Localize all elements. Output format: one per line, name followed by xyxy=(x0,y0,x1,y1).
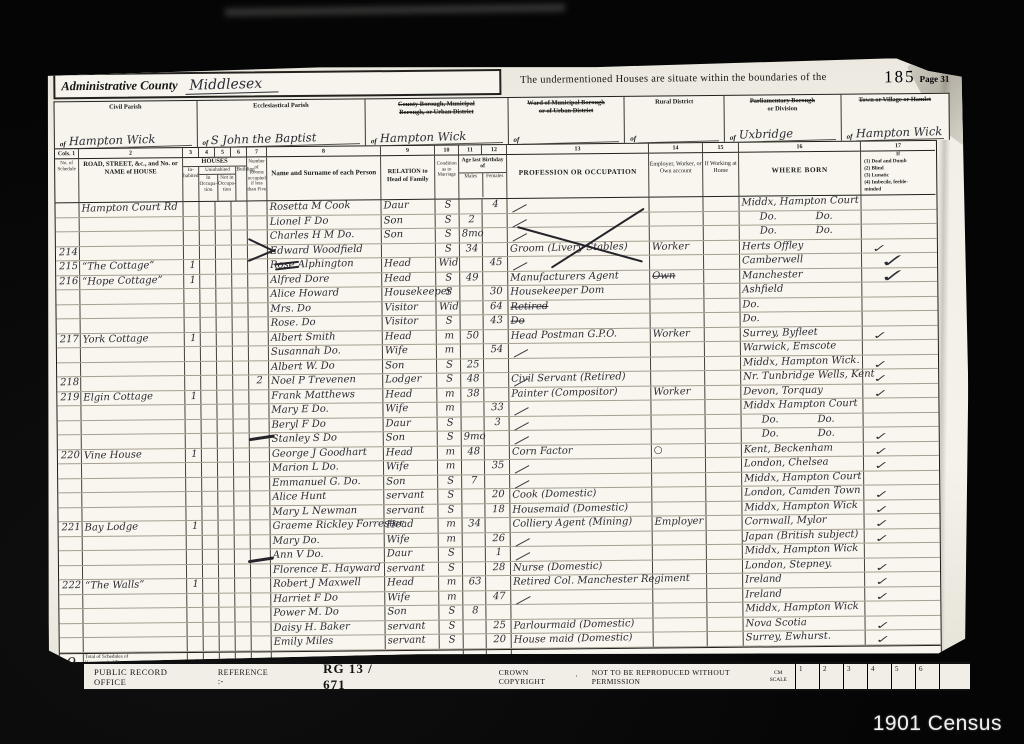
cell-condition: S xyxy=(438,431,462,445)
cell-building xyxy=(232,303,248,317)
scan-light-streak xyxy=(225,4,565,17)
cell-rooms xyxy=(251,593,271,607)
cell-condition: S xyxy=(435,199,459,213)
cell-schedule-text: 221 xyxy=(58,522,81,534)
page-label: Page 31 xyxy=(920,74,950,84)
born-text: Middx, Hampton Wick xyxy=(742,499,863,514)
cell-uninhabited-in-occ xyxy=(201,347,217,361)
cell-building xyxy=(231,201,247,215)
cell-condition: m xyxy=(437,330,461,344)
cell-profession-text: Housekeeper Dom xyxy=(508,284,649,299)
cell-building xyxy=(233,404,249,418)
cell-uninhabited-not-occ xyxy=(217,390,233,404)
cell-working-at-home xyxy=(705,313,741,327)
cell-working-at-home xyxy=(705,385,741,399)
cell-building xyxy=(233,375,249,389)
cell-schedule xyxy=(55,203,79,217)
cell-name-text: Florence E. Hayward xyxy=(271,562,384,576)
cell-building xyxy=(234,506,250,520)
cell-schedule xyxy=(56,218,80,232)
cell-age-male: 48 xyxy=(462,446,485,460)
cell-relation: Head xyxy=(383,330,437,344)
cell-where-born: London, Chelsea xyxy=(742,457,864,472)
cell-employer xyxy=(650,212,704,226)
age-subcols: MalesFemales xyxy=(459,173,506,197)
cell-schedule: 214 xyxy=(56,247,80,261)
separator-dot: · xyxy=(575,672,578,681)
cell-schedule-text: 214 xyxy=(56,246,79,258)
cell-profession xyxy=(510,473,652,488)
cell-name: Rose. Do xyxy=(269,316,383,331)
cell-condition: S xyxy=(437,373,461,387)
cell-name-text: Graeme Rickley Forrester xyxy=(270,519,383,533)
cell-age-male xyxy=(462,417,485,431)
column-number: 12 xyxy=(482,145,507,155)
cell-uninhabited-not-occ xyxy=(215,202,231,216)
cell-age-male-text: 63 xyxy=(463,576,485,588)
cell-schedule xyxy=(58,421,82,435)
cell-inhabited xyxy=(187,535,203,549)
cell-uninhabited-in-occ xyxy=(200,274,216,288)
cell-road xyxy=(82,420,186,434)
cell-relation: Wife xyxy=(384,461,438,475)
cell-inhabited xyxy=(188,622,204,636)
cell-infirmity xyxy=(864,412,938,426)
cell-name: Marion L Do. xyxy=(270,461,384,476)
cell-schedule-text: 218 xyxy=(57,377,80,389)
cell-condition-text: Wid xyxy=(436,301,459,313)
of-prefix: of xyxy=(730,134,736,142)
cell-profession: Nurse (Domestic) xyxy=(511,560,653,575)
cell-name-text: Edward Woodfield xyxy=(268,243,381,257)
cell-road xyxy=(83,594,187,608)
cell-profession xyxy=(507,198,649,213)
cell-working-at-home xyxy=(706,458,742,472)
district-title-line: Civil Parish xyxy=(109,103,142,110)
cell-condition: m xyxy=(438,446,462,460)
cell-age-female xyxy=(483,242,508,256)
cell-inhabited-text: 1 xyxy=(187,579,202,591)
cell-age-male xyxy=(460,257,483,271)
cell-age-male-text: 8mo xyxy=(460,228,482,240)
born-text: London, Camden Town xyxy=(742,485,863,500)
header-uninhabited-group: UninhabitedIn Occupa-tionNot in Occupa-t… xyxy=(199,167,236,201)
born-text: Middx Hampton Court xyxy=(741,398,862,413)
district-value: ofHampton Wick xyxy=(368,128,506,145)
cell-profession xyxy=(509,343,651,358)
pen-slash xyxy=(513,233,528,242)
district-title-line: Rural District xyxy=(655,98,693,105)
born-text: Middx, Hampton Wick xyxy=(743,601,864,616)
cell-building xyxy=(234,477,250,491)
cell-name-text: Frank Matthews xyxy=(269,388,382,402)
cell-employer-text: Worker xyxy=(651,327,704,340)
cell-road xyxy=(80,304,184,318)
of-prefix: of xyxy=(202,139,208,147)
header-profession: PROFESSION OR OCCUPATION xyxy=(507,154,649,199)
cell-name-text: Rose. Do xyxy=(269,316,382,330)
cell-rooms xyxy=(249,317,269,331)
column-number: 3 xyxy=(183,148,199,158)
cell-relation-text: Head xyxy=(382,272,435,285)
cell-condition: S xyxy=(436,228,460,242)
cell-profession xyxy=(511,531,653,546)
cell-relation: Head xyxy=(384,446,438,460)
born-text: Cornwall, Mylor xyxy=(742,514,863,529)
cell-uninhabited-in-occ xyxy=(201,390,217,404)
cell-condition-text: m xyxy=(438,460,461,472)
cell-uninhabited-in-occ xyxy=(201,376,217,390)
header-in-occupation: In Occupa-tion xyxy=(199,175,218,201)
cell-schedule: 222 xyxy=(59,580,83,594)
cell-uninhabited-not-occ xyxy=(219,608,235,622)
cell-profession-text: Retired xyxy=(508,298,649,313)
cell-age-female-text: 45 xyxy=(483,257,507,270)
cell-name-text: Mary E Do. xyxy=(269,403,382,417)
cell-relation-text: Visitor xyxy=(382,301,435,314)
pen-slash xyxy=(513,262,528,271)
cell-profession: House maid (Domestic) xyxy=(512,633,654,648)
cell-inhabited xyxy=(184,245,200,259)
cell-where-born: Middx, Hampton Wick. xyxy=(741,355,863,370)
cell-inhabited xyxy=(187,608,203,622)
cell-inhabited: 1 xyxy=(187,521,203,535)
cell-condition: S xyxy=(436,243,460,257)
cell-uninhabited-not-occ xyxy=(219,550,235,564)
cell-relation: Visitor xyxy=(383,316,437,330)
cell-uninhabited-not-occ xyxy=(217,405,233,419)
cell-condition-text: S xyxy=(436,286,459,298)
cell-age-male-text: 48 xyxy=(462,446,484,458)
cell-profession: Corn Factor xyxy=(510,444,652,459)
cell-uninhabited-not-occ xyxy=(217,376,233,390)
column-number: 6 xyxy=(231,147,247,157)
cell-infirmity xyxy=(864,470,938,484)
cell-uninhabited-not-occ xyxy=(216,303,232,317)
cell-uninhabited-not-occ xyxy=(218,492,234,506)
cell-age-male-text: 2 xyxy=(460,214,482,226)
cell-name-text: Emmanuel G. Do. xyxy=(270,475,383,489)
admin-county-label: Administrative County xyxy=(61,78,177,94)
administrative-county-box: Administrative County Middlesex xyxy=(53,69,501,99)
cell-building xyxy=(236,622,252,636)
scale-box: 6 xyxy=(916,664,940,689)
header-profession-label: PROFESSION OR OCCUPATION xyxy=(507,154,648,178)
header-rooms: Number of Rooms occupied if less than Fi… xyxy=(247,157,267,201)
cell-name: Charles H M Do. xyxy=(268,229,382,244)
cell-age-male-text: 38 xyxy=(461,388,483,400)
cell-age-female-text: 20 xyxy=(485,489,509,502)
cell-where-born: Ashfield xyxy=(740,283,862,298)
cell-age-male-text: 8 xyxy=(463,605,485,617)
cell-uninhabited-in-occ xyxy=(201,405,217,419)
cell-road xyxy=(82,478,186,492)
cell-age-male-text: 25 xyxy=(461,359,483,371)
pen-slash xyxy=(515,538,530,547)
cell-relation: Son xyxy=(384,475,438,489)
cell-rooms xyxy=(250,462,270,476)
cell-where-born: Do.Do. xyxy=(740,210,862,225)
cell-uninhabited-in-occ xyxy=(203,608,219,622)
cell-where-born: Manchester xyxy=(740,268,862,283)
cell-where-born: Nr. Tunbridge Wells, Kent xyxy=(741,370,863,385)
cell-name-text: George J Goodhart xyxy=(270,446,383,460)
cell-inhabited: 1 xyxy=(184,260,200,274)
cell-uninhabited-in-occ xyxy=(202,492,218,506)
cell-employer-text: Worker xyxy=(651,385,704,398)
born-text: Middx, Hampton Wick. xyxy=(741,354,862,369)
header-infirmities: If(1) Deaf and Dumb(2) Blind(3) Lunatic(… xyxy=(861,151,935,196)
cell-rooms xyxy=(248,303,268,317)
cell-relation: servant xyxy=(385,562,439,576)
cell-age-male-text: 34 xyxy=(462,518,484,530)
cell-name: Frank Matthews xyxy=(269,389,383,404)
cell-name: Noel P Trevenen xyxy=(269,374,383,389)
cell-condition: S xyxy=(437,359,461,373)
header-condition-label: Condition as to Marriage xyxy=(435,155,458,178)
cell-condition-text: S xyxy=(436,214,459,226)
cell-age-male xyxy=(461,402,484,416)
cell-schedule xyxy=(58,479,82,493)
cell-uninhabited-in-occ xyxy=(200,231,216,245)
cell-road: Elgin Cottage xyxy=(81,391,185,405)
cell-infirmity: ✓ xyxy=(864,485,938,499)
cell-name-text: Mrs. Do xyxy=(268,301,381,315)
cell-name-text: Alice Hunt xyxy=(270,490,383,504)
cell-condition: Wid xyxy=(436,257,460,271)
cell-relation: servant xyxy=(385,620,439,634)
cell-age-female-text: 54 xyxy=(484,344,508,357)
cell-road xyxy=(81,405,185,419)
cell-name: Rosetta M Cook xyxy=(267,200,381,215)
cell-name: Daisy H. Baker xyxy=(272,621,386,636)
cell-infirmity: ✓ xyxy=(865,586,939,600)
cell-age-male: 8 xyxy=(463,605,486,619)
born-text: Middx, Hampton Court xyxy=(742,470,863,485)
cell-schedule: 216 xyxy=(56,276,80,290)
cell-infirmity xyxy=(862,209,936,223)
cell-inhabited xyxy=(185,318,201,332)
cell-infirmity: ✓ xyxy=(866,630,940,644)
cell-age-male xyxy=(463,547,486,561)
pen-slash xyxy=(516,552,531,561)
cell-condition-text: m xyxy=(438,518,461,530)
cell-age-female: 1 xyxy=(486,547,511,561)
cell-uninhabited-not-occ xyxy=(216,260,232,274)
scale-box: 5 xyxy=(892,664,916,689)
cell-condition-text: m xyxy=(439,533,462,545)
cell-infirmity xyxy=(863,311,937,325)
cell-profession: Housekeeper Dom xyxy=(508,285,650,300)
cell-age-male xyxy=(463,562,486,576)
district-value: of xyxy=(627,126,722,143)
cell-condition-text: S xyxy=(438,504,461,516)
cell-uninhabited-not-occ xyxy=(218,419,234,433)
cell-profession: Cook (Domestic) xyxy=(510,488,652,503)
cell-road xyxy=(81,318,185,332)
cell-relation-text: Head xyxy=(382,257,435,270)
folio-page: 185 Page 31 xyxy=(845,65,949,88)
cell-infirmity: ✓ xyxy=(863,354,937,368)
cell-age-male: 63 xyxy=(463,576,486,590)
cell-name-text: Susannah Do. xyxy=(269,345,382,359)
cell-age-male xyxy=(461,315,484,329)
cell-condition-text: S xyxy=(436,228,459,240)
cell-schedule xyxy=(59,566,83,580)
cell-road xyxy=(83,550,187,564)
district-value: ofHampton Wick xyxy=(844,124,947,141)
cell-name: Susannah Do. xyxy=(269,345,383,360)
cell-age-female-text: 4 xyxy=(482,199,506,212)
cell-name-text: Charles H M Do. xyxy=(268,229,381,243)
cell-relation-text: servant xyxy=(386,634,439,647)
cell-employer xyxy=(652,429,706,443)
cell-rooms xyxy=(248,259,268,273)
cell-schedule xyxy=(58,508,82,522)
cell-condition: S xyxy=(439,562,463,576)
cell-infirmity: ✓ xyxy=(865,615,939,629)
district-title: Parliamentary Boroughor Division xyxy=(726,97,838,114)
cell-condition-text: S xyxy=(437,315,460,327)
header-age-females: Females xyxy=(483,173,506,197)
header-condition: Condition as to Marriage xyxy=(435,155,459,199)
cell-relation-text: Son xyxy=(385,605,438,618)
column-number: 10 xyxy=(435,145,459,155)
cell-age-male-text: 7 xyxy=(462,475,484,487)
cell-road: Hampton Court Rd xyxy=(79,202,183,216)
cell-where-born: Do.Do. xyxy=(740,225,862,240)
cell-profession xyxy=(511,546,653,561)
cell-where-born: Middx, Hampton Court xyxy=(742,471,864,486)
cell-schedule: 220 xyxy=(58,450,82,464)
born-ditto-1: Do. xyxy=(760,414,779,428)
cell-condition: m xyxy=(438,460,462,474)
cell-inhabited xyxy=(186,506,202,520)
cell-age-male xyxy=(463,591,486,605)
cell-age-female-text: 26 xyxy=(486,532,510,545)
cell-name: Graeme Rickley Forrester xyxy=(271,519,385,534)
cell-condition-text: S xyxy=(437,417,460,429)
cell-uninhabited-in-occ xyxy=(201,332,217,346)
cell-uninhabited-not-occ xyxy=(219,535,235,549)
cell-age-female-text: 30 xyxy=(483,286,507,299)
cell-working-at-home xyxy=(707,516,743,530)
age-title: Age last Birthday of xyxy=(459,155,506,173)
cell-relation: servant xyxy=(386,635,440,649)
cell-working-at-home xyxy=(708,632,744,646)
pen-slash xyxy=(516,596,531,605)
cell-where-born: London, Stepney. xyxy=(743,558,865,573)
cell-name-text: Harriet F Do xyxy=(271,591,384,605)
cell-condition-text: m xyxy=(437,330,460,342)
cell-relation-text: Son xyxy=(382,228,435,241)
cell-rooms xyxy=(250,506,270,520)
cell-profession-text: Corn Factor xyxy=(510,443,651,458)
cell-employer xyxy=(652,415,706,429)
cell-schedule: 217 xyxy=(57,334,81,348)
born-text: Do. xyxy=(740,296,861,311)
cell-infirmity: ✓ xyxy=(865,572,939,586)
cell-employer xyxy=(652,458,706,472)
cell-uninhabited-not-occ xyxy=(219,521,235,535)
cell-building xyxy=(233,346,249,360)
cell-name-text: Noel P Trevenen xyxy=(269,374,382,388)
cell-age-male: 49 xyxy=(460,272,483,286)
cell-building xyxy=(235,578,251,592)
cell-relation-text: Visitor xyxy=(383,315,436,328)
cell-age-male xyxy=(459,199,482,213)
cell-relation: Daur xyxy=(384,417,438,431)
cell-where-born: Herts Offley xyxy=(740,239,862,254)
cell-employer: Own xyxy=(650,270,704,284)
cell-employer xyxy=(652,473,706,487)
cell-name: Lionel F Do xyxy=(268,215,382,230)
uninhabited-subcols: In Occupa-tionNot in Occupa-tion xyxy=(199,175,235,201)
cell-working-at-home xyxy=(703,197,739,211)
cell-condition-text: S xyxy=(435,199,458,211)
cell-profession-text: Retired Col. Manchester Regiment xyxy=(511,574,652,589)
cell-inhabited xyxy=(187,593,203,607)
cell-name: Edward Woodfield xyxy=(268,244,382,259)
cell-age-female xyxy=(486,605,511,619)
cell-relation: Visitor xyxy=(382,301,436,315)
cell-age-female-text: 33 xyxy=(484,402,508,415)
cell-schedule xyxy=(59,551,83,565)
cell-uninhabited-in-occ xyxy=(202,434,218,448)
cell-age-female: 28 xyxy=(486,561,511,575)
cell-age-female xyxy=(484,358,509,372)
cell-relation-text: Wife xyxy=(383,344,436,357)
cell-profession-text: Civil Servant (Retired) xyxy=(509,371,650,386)
cell-age-male-text: 50 xyxy=(461,330,483,342)
cell-where-born: Surrey, Ewhurst. xyxy=(744,631,866,646)
cell-uninhabited-in-occ xyxy=(199,202,215,216)
cell-schedule-text: 222 xyxy=(59,580,82,592)
pen-slash xyxy=(515,436,530,445)
cell-rooms xyxy=(251,607,271,621)
cell-working-at-home xyxy=(707,617,743,631)
cell-inhabited xyxy=(185,376,201,390)
cell-schedule: 215 xyxy=(56,261,80,275)
totals-schedules-value: 9 xyxy=(59,653,83,672)
cell-road-text: Elgin Cottage xyxy=(81,390,184,404)
cell-name: Emmanuel G. Do. xyxy=(270,476,384,491)
cell-schedule xyxy=(60,624,84,638)
cell-building xyxy=(234,462,250,476)
of-prefix: of xyxy=(60,140,66,148)
cell-uninhabited-in-occ xyxy=(203,550,219,564)
cell-road xyxy=(81,347,185,361)
cell-condition-text: m xyxy=(437,344,460,356)
cell-building xyxy=(232,245,248,259)
district-title: Civil Parish xyxy=(57,103,195,112)
cell-condition: m xyxy=(437,402,461,416)
born-text: Devon, Torquay xyxy=(741,383,862,398)
cell-road xyxy=(82,434,186,448)
cell-age-female xyxy=(485,474,510,488)
district-title: County Borough, MunicipalBorough, or Urb… xyxy=(368,100,506,117)
cell-age-female xyxy=(486,576,511,590)
houses-subcols: In-habitedUninhabitedIn Occupa-tionNot i… xyxy=(183,166,246,201)
cell-road xyxy=(82,492,186,506)
district-value: ofS John the Baptist xyxy=(199,129,363,147)
cell-schedule xyxy=(60,638,84,652)
cell-schedule xyxy=(58,493,82,507)
header-working-at-home-label: If Working at Home xyxy=(703,153,738,175)
cell-where-born: Middx, Hampton Wick xyxy=(743,602,865,617)
cell-relation: Head xyxy=(382,272,436,286)
cell-inhabited xyxy=(186,477,202,491)
